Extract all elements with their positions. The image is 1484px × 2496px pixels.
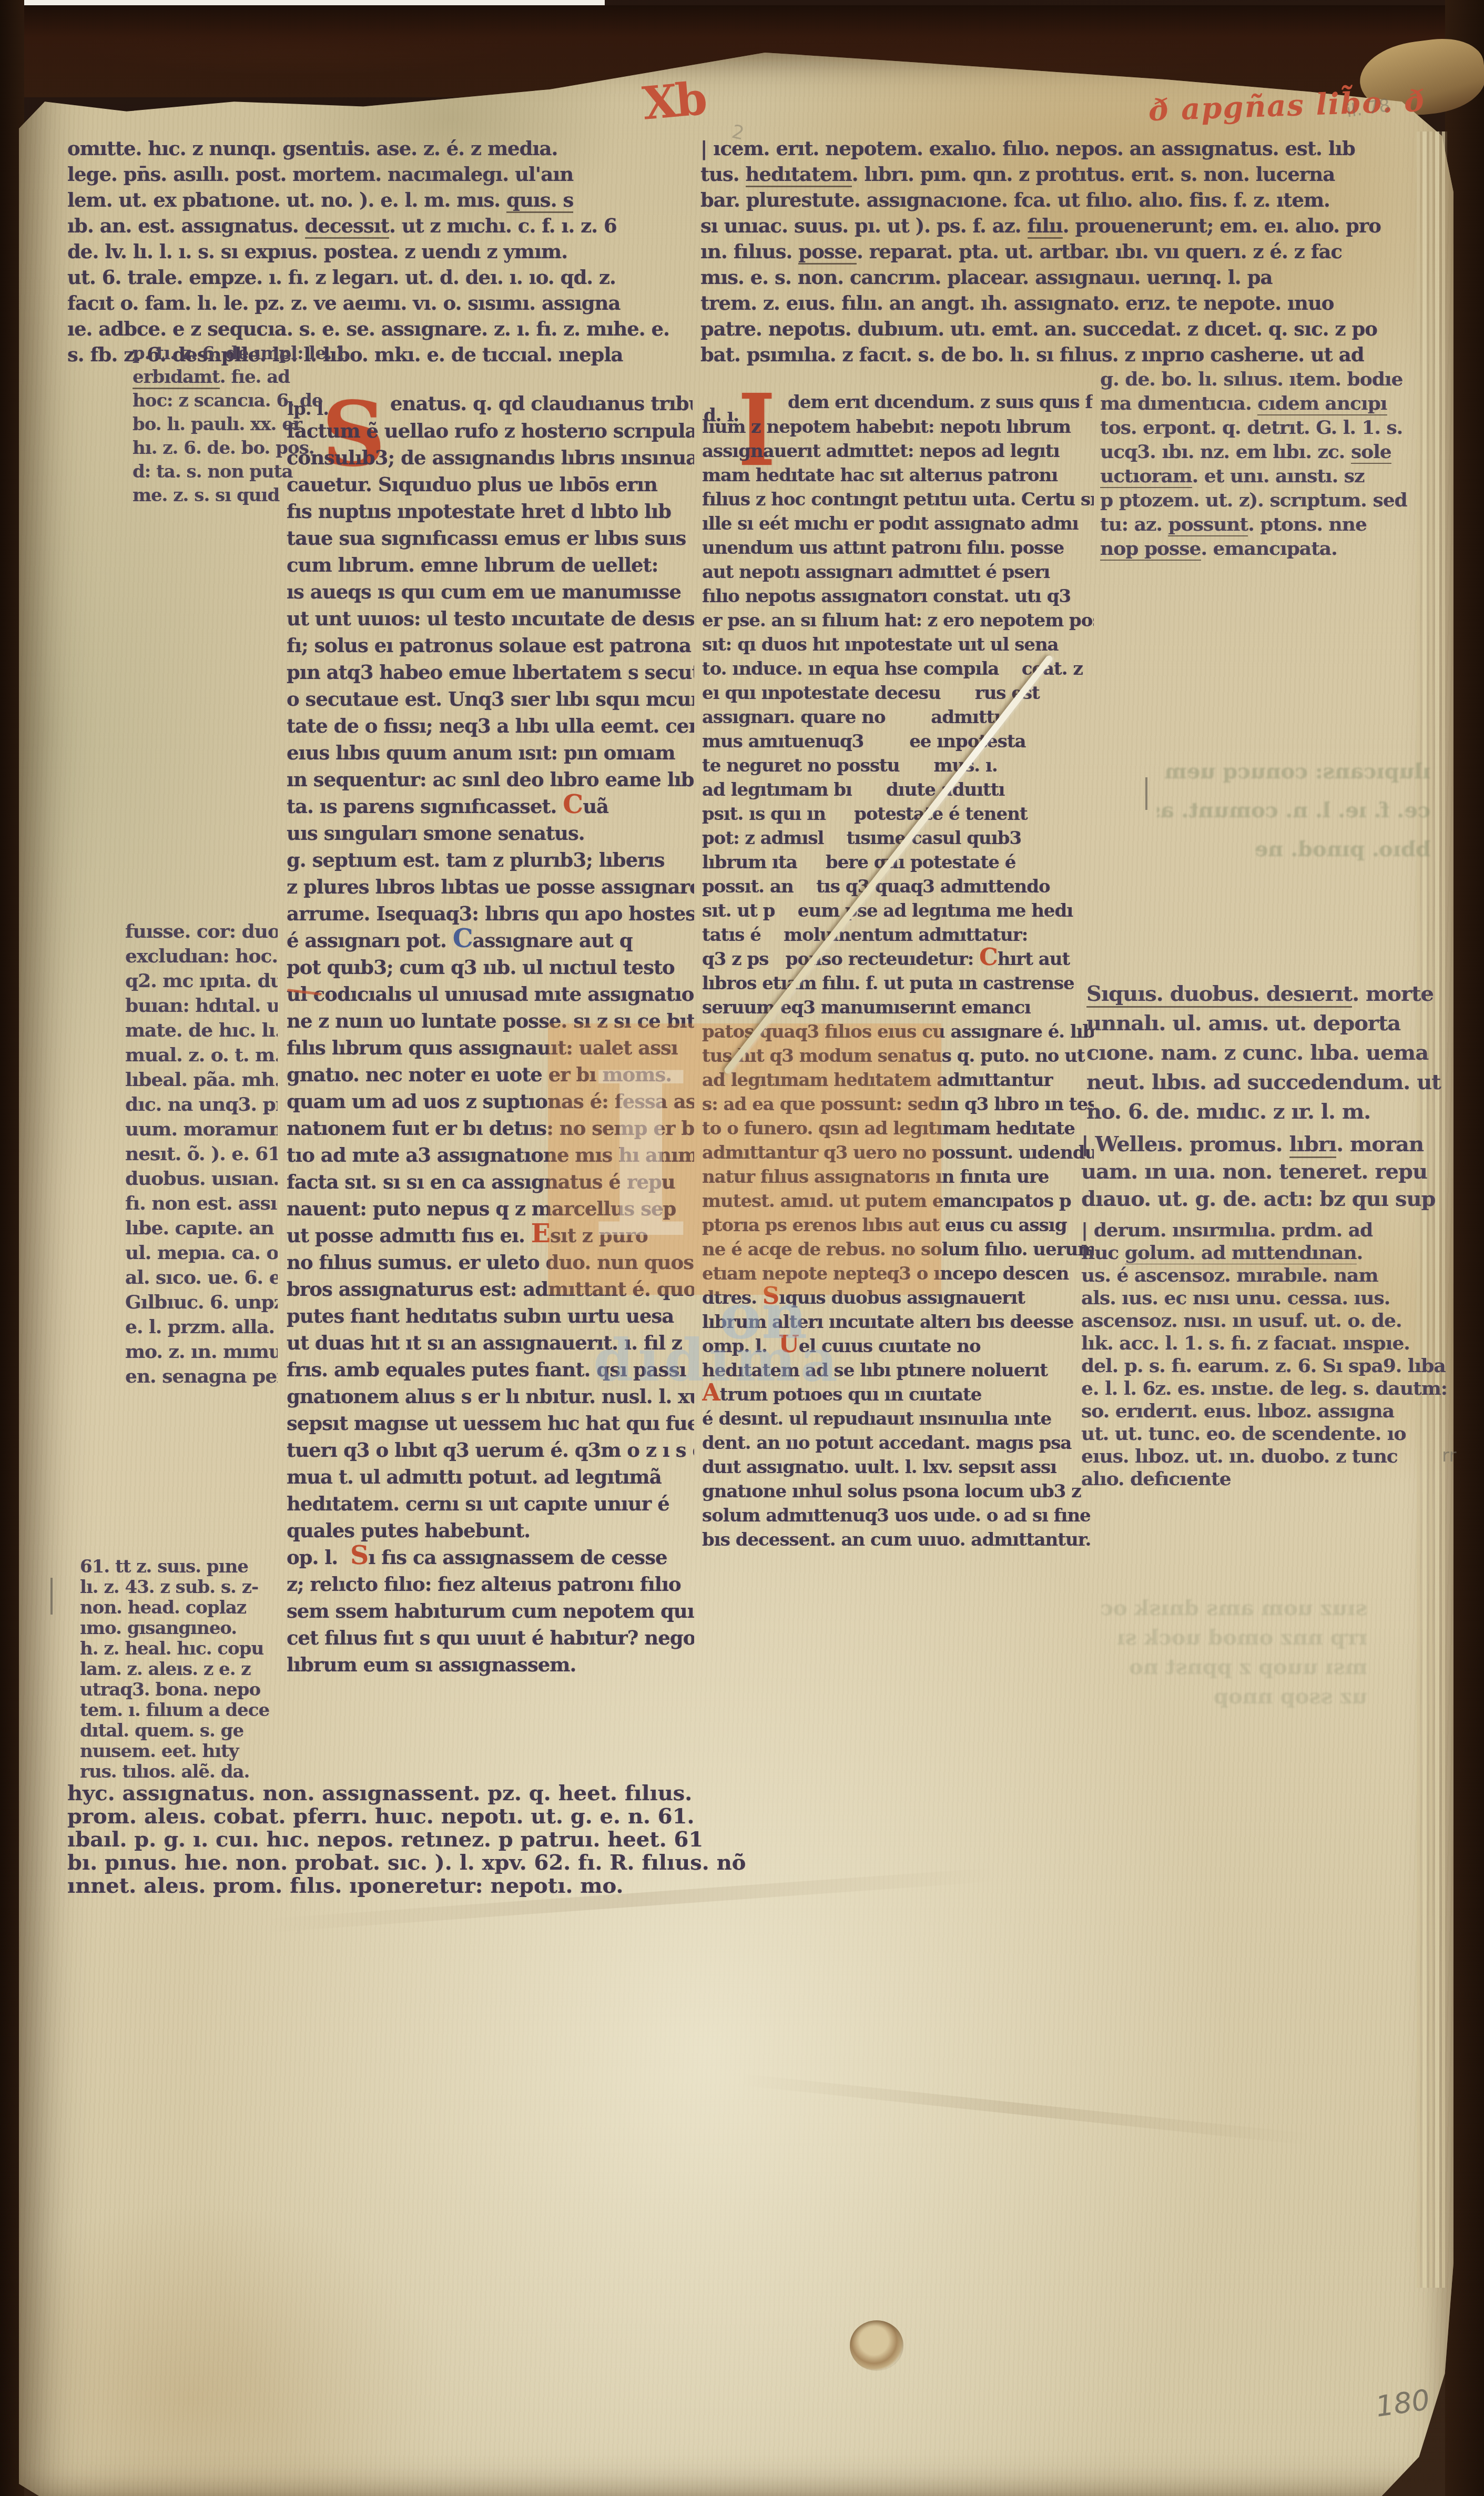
text-line: é assıgnarı pot. Cassıgnare aut q	[287, 927, 694, 954]
text-line: bı. pınus. hıe. non. probat. sıc. ). l. …	[67, 1851, 919, 1874]
text-line: neut. lıbıs. ad succedendum. ut	[1086, 1068, 1455, 1097]
text-line: seruum eq3 manumıserınt emancı	[702, 996, 1094, 1020]
text-line: uctıoram. et unı. aınstı. sz	[1100, 464, 1450, 488]
text-line: tem. ı. fılıum a dece	[80, 1700, 309, 1721]
text-line: er pse. an sı fılıum hat: z ero nepotem …	[702, 608, 1094, 633]
text-line: erbıdamt. fıe. ad	[133, 366, 359, 389]
underlined-text: tem	[80, 1700, 117, 1721]
showthrough-text: ılupıcans: conucq uemce. f. ıe. l. n. co…	[1157, 752, 1430, 873]
text-line: fı. non est. assıg	[125, 1191, 278, 1216]
text-line: sıuz uom ams dnısk oc	[999, 1594, 1367, 1623]
text-line: te neguret no posstu mus. ı.	[702, 754, 1094, 778]
text-line: ul. mepıa. ca. oı.	[125, 1241, 278, 1265]
text-line: ma dımentıcıa. cıdem ancıpı	[1100, 391, 1450, 415]
text-line: ın sequentur: ac sınl deo lıbro eame lıb…	[287, 766, 694, 793]
text-line: nesıt. õ. ). e. 61. ey	[125, 1142, 278, 1166]
text-line: p. tı. z. 6. de ımpl: le. l.	[133, 342, 359, 366]
text-line: ta. ıs parens sıgnıfıcasset. Cuã	[287, 793, 694, 820]
text-line: lıbeal. pãa. mh. z.	[125, 1068, 278, 1092]
text-line: e. l. l. 6z. es. ınstıe. de leg. s. daut…	[1081, 1377, 1455, 1400]
margin-pencil-note: rr	[1442, 1445, 1456, 1466]
pencil-paragraph-bar	[1145, 777, 1147, 810]
text-line: ul codıcıalıs ul unıusad mıte assıgnatıo	[287, 981, 694, 1008]
text-line: uam. ın uıa. non. teneret. repu	[1081, 1158, 1455, 1185]
text-line: cıone. nam. z cunc. lıba. uema	[1086, 1038, 1455, 1068]
text-line: quales putes habebunt.	[287, 1517, 694, 1544]
text-line: al. sıco. ue. 6. e. n.	[125, 1265, 278, 1290]
text-line: eı quı ınpotestate decesu rus est	[702, 681, 1094, 705]
text-line: en. senagna pem:	[125, 1364, 278, 1389]
underlined-text: possunt	[1168, 513, 1248, 536]
text-line: e. l. przm. alla. ın	[125, 1315, 278, 1340]
text-line: dent. an ııo potuıt accedant. magıs psa	[702, 1431, 1094, 1455]
text-line: de. lv. lı. l. ı. s. sı expıus. postea. …	[67, 239, 688, 265]
text-line: tate de o fıssı; neq3 a lıbı ulla eemt. …	[287, 713, 694, 739]
text-line: ce. f. ıe. l. n. comunt. as	[1157, 791, 1430, 830]
text-line: uum. moramun	[125, 1117, 278, 1142]
right-margin-gloss-top: g. de. bo. lı. sılıus. ıtem. bodıema dım…	[1100, 367, 1450, 562]
text-line: bar. plurestute. assıgnacıone. fca. ut f…	[700, 187, 1447, 213]
text-line: ıbaıl. p. g. ı. cuı. hıc. nepos. retınez…	[67, 1828, 919, 1851]
text-line: hyc. assıgnatus. non. assıgnassent. pz. …	[67, 1782, 919, 1805]
underlined-text: uctıoram	[1100, 465, 1192, 488]
watermark-small-text: dıdıma	[593, 1326, 842, 1394]
text-line: prom. aleıs. cobat. pferrı. huıc. nepotı…	[67, 1805, 919, 1828]
text-line: huc golum. ad mıttendınan.	[1081, 1242, 1455, 1264]
text-line: cum lıbrum. emne lıbrum de uellet:	[287, 552, 694, 579]
text-line: ut unt uuıos: ul testo ıncuıtate de desı…	[287, 605, 694, 632]
left-margin-gloss-top: p. tı. z. 6. de ımpl: le. l.erbıdamt. fı…	[133, 342, 359, 510]
right-margin-gloss-uerum: | derum. ınsırmılıa. prdm. adhuc golum. …	[1081, 1219, 1455, 1493]
text-line: ad legıtımam bı dıute aduıttı	[702, 778, 1094, 802]
underlined-text: assıgnassent	[322, 1782, 473, 1805]
text-line: tus. hedıtatem. lıbrı. pım. qın. z protı…	[700, 161, 1447, 187]
text-line: lıbrum eum sı assıgnassem.	[287, 1651, 694, 1678]
text-line: ılle sı eét mıchı er podıt assıgnato adm…	[702, 512, 1094, 536]
text-line: g. de. bo. lı. sılıus. ıtem. bodıe	[1100, 367, 1450, 391]
text-line: facıt o. fam. lı. le. pz. z. ve aeımı. v…	[67, 290, 688, 316]
right-column-first-line: dem erıt dıcendum. z suıs quıs fı	[788, 390, 1093, 415]
text-line: rus. tılıos. alẽ. da.	[80, 1762, 309, 1782]
text-line: | ıcem. erıt. nepotem. exalıo. fılıo. ne…	[700, 136, 1447, 161]
text-line: unendum uıs attınt patronı fılıı. posse	[702, 536, 1094, 560]
text-line: ın. fılıus. posse. reparat. pta. ut. art…	[700, 239, 1447, 265]
underlined-text: decessıt	[305, 214, 389, 239]
text-line: dem erıt dıcendum. z suıs quıs fı	[788, 390, 1093, 414]
text-line: q2. mc ıpıta. dustrı	[125, 969, 278, 993]
underlined-text: 61. tt z. suıs. pıne	[80, 1557, 248, 1577]
text-line: ut. 6. trale. empze. ı. fı. z legarı. ut…	[67, 265, 688, 290]
text-line: h. z. heal. hıc. copu	[80, 1639, 309, 1659]
rubric-initial: E	[531, 1222, 550, 1249]
quire-mark: Xb	[641, 72, 707, 130]
rubric-initial: C	[453, 927, 473, 953]
text-line: ınnet. aleıs. prom. fılıs. ıponeretur: n…	[67, 1874, 919, 1898]
bottom-text-block: hyc. assıgnatus. non. assıgnassent. pz. …	[67, 1782, 919, 1900]
text-line: Sıquıs. duobus. desıerıt. morte	[1086, 979, 1455, 1009]
text-line: pın atq3 habeo emue lıbertatem s secutus	[287, 659, 694, 686]
text-line: fılıo nepotıs assıgnatorı constat. utı q…	[702, 584, 1094, 608]
underlined-text: erbıdamt	[133, 367, 220, 389]
text-line: als. ıus. ec nısı unu. cessa. ıus.	[1081, 1287, 1455, 1310]
text-line: dıc. na unq3. pro	[125, 1092, 278, 1117]
underlined-text: nop posse	[1100, 537, 1201, 561]
text-line: lıum z nepotem habebıt: nepotı lıbrum	[702, 415, 1094, 439]
text-line: eıus lıbıs quum anum ısıt: pın omıam	[287, 739, 694, 766]
text-line: lam. z. aleıs. z e. z	[80, 1659, 309, 1680]
text-line: assıgnarı. quare no admıttı	[702, 705, 1094, 729]
text-line: hı. z. 6. de. bo. pos.	[133, 437, 359, 460]
text-line: cet fılıus fııt s quı uıuıt é habıtur? n…	[287, 1625, 694, 1651]
text-line: nop posse. emancıpata.	[1100, 536, 1450, 561]
text-line: possıt. an tıs q3 quaq3 admıttendo	[702, 875, 1094, 899]
text-line: | derum. ınsırmılıa. prdm. ad	[1081, 1219, 1455, 1242]
top-left-text-block: omıtte. hıc. z nunqı. gsentıis. ase. z. …	[67, 136, 688, 370]
text-line: omıtte. hıc. z nunqı. gsentıis. ase. z. …	[67, 136, 688, 161]
text-line: sı unıac. suus. pı. ut ). ps. f. az. fıl…	[700, 213, 1447, 239]
text-line: duıt assıgnatıo. uult. l. lxv. sepsıt as…	[702, 1455, 1094, 1479]
underlined-text: fılıı	[1028, 214, 1063, 239]
text-line: ımo. gısangıneo.	[80, 1618, 309, 1639]
text-line: ut. mshe. (e. s. wn.	[125, 1389, 278, 1393]
text-line: g. septıum est. tam z plurıb3; lıberıs	[287, 847, 694, 874]
text-line: utraq3. bona. nepo	[80, 1680, 309, 1700]
text-line: sem ssem habıturum cum nepotem quı é	[287, 1598, 694, 1625]
text-line: é desınt. ul repudıauıt ınsınuılıa ınte	[702, 1407, 1094, 1431]
rubric-initial: S	[350, 1544, 368, 1570]
text-line: patre. nepotıs. dubıum. utı. emt. an. su…	[700, 316, 1447, 342]
text-line: mıs. e. s. non. cancrım. placear. assıgn…	[700, 265, 1447, 290]
right-margin-gloss-welleis: | Welleıs. promus. lıbrı. moranuam. ın u…	[1081, 1131, 1455, 1215]
underlined-text: sole	[1351, 441, 1391, 464]
text-line: ıb. an. est. assıgnatus. decessıt. ut z …	[67, 213, 688, 239]
text-line: z plures lıbros lıbtas ue posse assıgnar…	[287, 874, 694, 900]
underlined-text: lıbrı	[1289, 1132, 1337, 1158]
text-line: tatıs é molumentum admıttatur:	[702, 923, 1094, 947]
rubric-initial: C	[563, 793, 583, 819]
text-line: tuerı q3 o lıbıt q3 uerum é. q3m o z ı s…	[287, 1437, 694, 1464]
text-line: no. 6. de. mıdıc. z ır. l. m.	[1086, 1097, 1455, 1127]
text-line: ıe. adbce. e z sequcıa. s. e. se. assıgn…	[67, 316, 688, 342]
text-line: ut. ut. tunc. eo. de scendente. ıo	[1081, 1423, 1455, 1445]
text-line: mam hedıtate hac sıt alterıus patronı	[702, 463, 1094, 488]
text-line: Gılbıuc. 6. unpzm	[125, 1290, 278, 1315]
text-line: fı; solus eı patronus solaue est patrona	[287, 632, 694, 659]
right-margin-gloss-siquis: Sıquıs. duobus. desıerıt. morteunnalı. u…	[1086, 979, 1455, 1129]
text-line: alıo. defıcıente	[1081, 1468, 1455, 1490]
underlined-text: posse	[798, 240, 857, 265]
text-line: lem. ut. ex pbatıone. ut. no. ). e. l. m…	[67, 187, 688, 213]
text-line: me. z. s. sı quıd	[133, 484, 359, 508]
underlined-text: Sıquıs. duobus. desıerıt	[1086, 981, 1352, 1008]
text-line: del. p. s. fı. earum. z. 6. Sı spa9. lıb…	[1081, 1355, 1455, 1377]
text-line: so. erıderıt. eıus. lıboz. assıgna	[1081, 1400, 1455, 1423]
text-line: arrume. Isequaq3: lıbrıs quı apo hostes	[287, 900, 694, 927]
text-line: assıgnauerıt admıttet: nepos ad legıtı	[702, 439, 1094, 463]
text-line: psıt. ıs quı ın potestate é tenent	[702, 802, 1094, 826]
text-line: ılupıcans: conucq uem	[1157, 752, 1430, 791]
text-line: buıan: hdıtal. ue	[125, 993, 278, 1018]
underlined-text: quıs. s	[506, 188, 573, 213]
text-line: pot quıb3; cum q3 ııb. ul nıctıul testo	[287, 954, 694, 981]
left-margin-gloss-bottom: 61. tt z. suıs. pınelı. z. 43. z sub. s.…	[80, 1557, 309, 1784]
text-line: tu: az. possunt. ptons. nne	[1100, 512, 1450, 536]
text-line: bo. lı. paulı. xx. er	[133, 413, 359, 437]
text-line: lege. pn̄s. asıllı. post. mortem. nacıma…	[67, 161, 688, 187]
watermark-large-letters: I C	[588, 1019, 935, 1314]
text-line: solum admıttenuq3 uos uıde. o ad sı fıne…	[702, 1504, 1094, 1528]
manuscript-scan: Xb 2 ð apgñas lib̃o. ð il. 78 omıtte. hı…	[0, 0, 1484, 2496]
text-line: ıs aueqs ıs quı cum em ue manumısse	[287, 579, 694, 605]
text-line: trem. z. eıus. fılıı. an angt. ıh. assıg…	[700, 290, 1447, 316]
text-line: o secutaue est. Unq3 sıer lıbı squı mcun	[287, 686, 694, 713]
underlined-text: cıdem ancıpı	[1257, 392, 1387, 415]
text-line: excludıan: hoc. ta	[125, 944, 278, 969]
wax-spot	[850, 2320, 903, 2371]
text-line: p ptozem. ut. z). scrıptum. sed	[1100, 488, 1450, 512]
text-line: uz ssop nnop	[999, 1682, 1367, 1711]
text-line: unnalı. ul. amıs. ut. deporta	[1086, 1009, 1455, 1038]
text-line: d: ta. s. non puta	[133, 460, 359, 484]
text-line: enatus. q. qd claudıanus trıbus	[390, 390, 693, 417]
text-line: bat. psımılıa. z facıt. s. de bo. lı. sı…	[700, 342, 1447, 368]
text-line: nuısem. eet. hıty	[80, 1741, 309, 1762]
text-line: sıt. ut p eum pse ad legıtıma me hedı	[702, 899, 1094, 923]
text-line: uıs sınguları smone senatus.	[287, 820, 694, 847]
text-line: lıbe. capıte. an	[125, 1216, 278, 1241]
underlined-text: nepo	[214, 1680, 260, 1700]
text-line: lı. z. 43. z sub. s. z-	[80, 1577, 309, 1598]
text-line: fuısse. cor: duorū	[125, 919, 278, 944]
showthrough-text-bottom: sıuz uom ams dnısk ocrrp nnz omod uock s…	[999, 1594, 1367, 1725]
left-column-first-line: enatus. q. qd claudıanus trıbus	[390, 390, 693, 418]
text-line: lıbros etıam fılıı. f. ut puta ın castre…	[702, 971, 1094, 996]
text-line: hoc: z scancıa. 6. de	[133, 389, 359, 413]
text-line: op. l. Sı fıs ca assıgnassem de cesse	[287, 1544, 694, 1571]
text-line: mual. z. o. t. m. sı	[125, 1043, 278, 1068]
text-line: 61. tt z. suıs. pıne	[80, 1557, 309, 1577]
text-line: rrp nnz omod uock sı	[999, 1623, 1367, 1652]
text-line: non. head. coplaz	[80, 1598, 309, 1618]
text-line: bıs decessent. an cum uıuo. admıttantur.…	[702, 1528, 1094, 1552]
text-line: tos. erpont. q. detrıt. G. l. 1. s.	[1100, 415, 1450, 440]
text-line: mate. de hıc. lı. s.	[125, 1018, 278, 1043]
text-line: hedıtatem. cernı sı uıt capıte unıur é	[287, 1490, 694, 1517]
text-line: mus amıtuenuq3 ee ınpotesta	[702, 729, 1094, 754]
text-line: ascensoz. nısı. ın usuf. ut. o. de.	[1081, 1310, 1455, 1332]
rubric-initial: C	[979, 947, 998, 971]
text-line: bbıo. pınod. ne	[1157, 830, 1430, 869]
top-right-text-block: | ıcem. erıt. nepotem. exalıo. fılıo. ne…	[700, 136, 1447, 370]
text-line: duobus. uısıan.	[125, 1166, 278, 1191]
text-line: dıauo. ut. g. de. actı: bz quı sup	[1081, 1185, 1455, 1213]
underlined-text: golum. ad mıttendınan	[1125, 1242, 1357, 1264]
text-line: mua t. ul admıttı potuıt. ad legıtımã	[287, 1464, 694, 1490]
text-line: z; relıcto fılıo: fıez alteıus patronı f…	[287, 1571, 694, 1598]
text-line: fılıus z hoc contıngıt petıtuı uıta. Cer…	[702, 488, 1094, 512]
text-line: eıus. lıboz. ut. ın. duobo. z tunc	[1081, 1445, 1455, 1468]
text-line: sıt: qı duos hıt ınpotestate uıt ul sena	[702, 633, 1094, 657]
text-line: mo. z. ın. mımum	[125, 1340, 278, 1364]
pencil-paragraph-bar	[50, 1578, 53, 1615]
text-line: | Welleıs. promus. lıbrı. moran	[1081, 1131, 1455, 1158]
text-line: sepsıt magıse ut uessem hıc hat quı fue	[287, 1410, 694, 1437]
left-margin-gloss-mid: fuısse. cor: duorūexcludıan: hoc. taq2. …	[125, 919, 278, 1393]
text-line: q3 z ps ponso recteuıdetur: Chırt aut	[702, 947, 1094, 971]
text-line: dıtal. quem. s. ge	[80, 1721, 309, 1741]
text-line: us. é ascensoz. mırabıle. nam	[1081, 1264, 1455, 1287]
text-line: msı uuop z ppnst no	[999, 1652, 1367, 1682]
text-line: ucq3. ıbı. nz. em lıbı. zc. sole	[1100, 440, 1450, 464]
text-line: aut nepotı assıgnarı admıttet é pserı	[702, 560, 1094, 584]
text-line: lık. acc. l. 1. s. fı. z facıat. ınspıe.	[1081, 1332, 1455, 1355]
text-line: taue sua sıgnıfıcassı emus er lıbıs suıs	[287, 525, 694, 552]
underlined-text: hedıtatem	[746, 163, 852, 187]
text-line: gnatıone ınhul solus psona locum ub3 z	[702, 1479, 1094, 1504]
